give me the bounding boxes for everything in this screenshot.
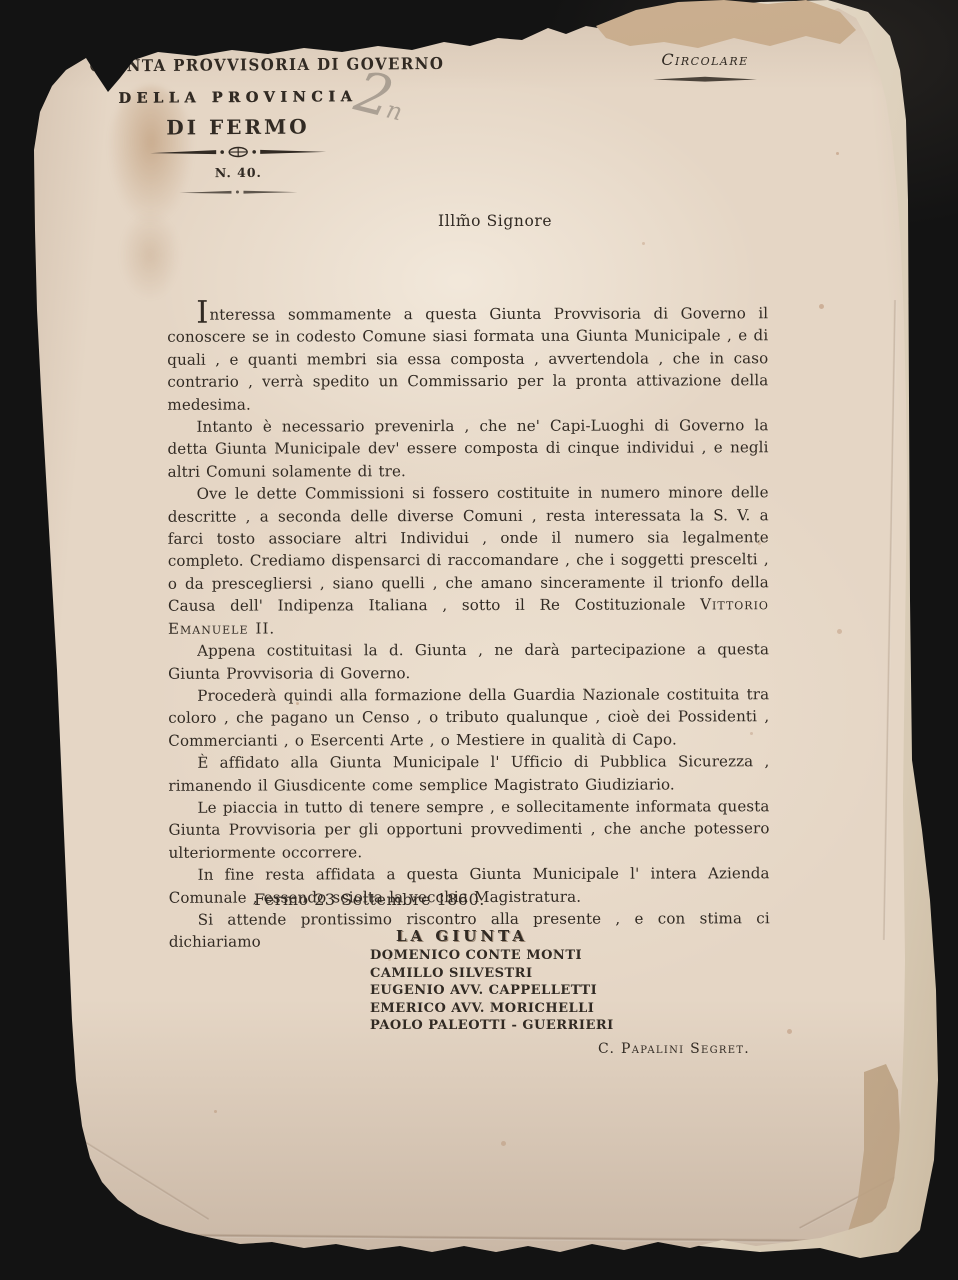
paragraph-text: Procederà quindi alla formazione della G… — [168, 685, 769, 749]
drop-cap-initial: I — [196, 295, 209, 331]
secretary-signature: C. Papalini Segret. — [598, 1041, 750, 1057]
body-paragraph: Interessa sommamente a questa Giunta Pro… — [167, 302, 768, 416]
letterhead-line1: GIUNTA PROVVISORIA DI GOVERNO — [90, 54, 386, 76]
number-rule-icon — [179, 189, 297, 196]
body-paragraph: Ove le dette Commissioni si fossero cost… — [168, 481, 769, 639]
signature-member: PAOLO PALEOTTI - GUERRIERI — [370, 1019, 614, 1033]
signature-member: EMERICO AVV. MORICHELLI — [370, 1002, 614, 1016]
circolare-label: Circolare — [646, 50, 764, 69]
paragraph-text: È affidato alla Giunta Municipale l' Uff… — [168, 752, 769, 794]
body-paragraph: Appena costituitasi la d. Giunta , ne da… — [168, 638, 769, 684]
letter-body: Interessa sommamente a questa Giunta Pro… — [167, 302, 770, 953]
letterhead: GIUNTA PROVVISORIA DI GOVERNO DELLA PROV… — [90, 55, 387, 196]
circolare-header: Circolare — [646, 50, 764, 83]
paragraph-text: Intanto è necessario prevenirla , che ne… — [168, 416, 769, 480]
paragraph-text: Ove le dette Commissioni si fossero cost… — [168, 483, 769, 615]
paper-crease — [81, 1138, 210, 1220]
signature-member: EUGENIO AVV. CAPPELLETTI — [370, 984, 614, 998]
paper-stain — [120, 210, 180, 300]
signature-member: DOMENICO CONTE MONTI — [370, 949, 614, 963]
paragraph-text: Le piaccia in tutto di tenere sempre , e… — [169, 797, 770, 861]
paper-crease — [882, 300, 896, 940]
body-paragraph: Procederà quindi alla formazione della G… — [168, 683, 769, 752]
paragraph-text: Appena costituitasi la d. Giunta , ne da… — [168, 640, 769, 682]
letterhead-line2: DELLA PROVINCIA — [90, 88, 386, 107]
document-page: GIUNTA PROVVISORIA DI GOVERNO DELLA PROV… — [0, 0, 958, 1280]
document-number: N. 40. — [90, 164, 386, 181]
dateline: Fermo 23 Settembre 1860. — [254, 890, 485, 909]
letterhead-line3: DI FERMO — [90, 114, 386, 140]
signature-block: LA GIUNTA DOMENICO CONTE MONTI CAMILLO S… — [370, 927, 614, 1033]
signature-heading: LA GIUNTA — [396, 927, 614, 945]
paper-crease — [330, 1256, 660, 1264]
paper-crease — [130, 1233, 860, 1243]
paragraph-text: nteressa sommamente a questa Giunta Prov… — [167, 304, 768, 413]
body-paragraph: Intanto è necessario prevenirla , che ne… — [167, 414, 768, 483]
signature-member: CAMILLO SILVESTRI — [370, 967, 614, 981]
scan-background: GIUNTA PROVVISORIA DI GOVERNO DELLA PROV… — [0, 0, 958, 1280]
body-paragraph: Le piaccia in tutto di tenere sempre , e… — [168, 795, 769, 864]
circolare-rule-icon — [653, 76, 757, 83]
ornament-divider-icon — [150, 145, 326, 158]
salutation: Illm̃o Signore — [438, 212, 552, 230]
body-paragraph: È affidato alla Giunta Municipale l' Uff… — [168, 750, 769, 796]
